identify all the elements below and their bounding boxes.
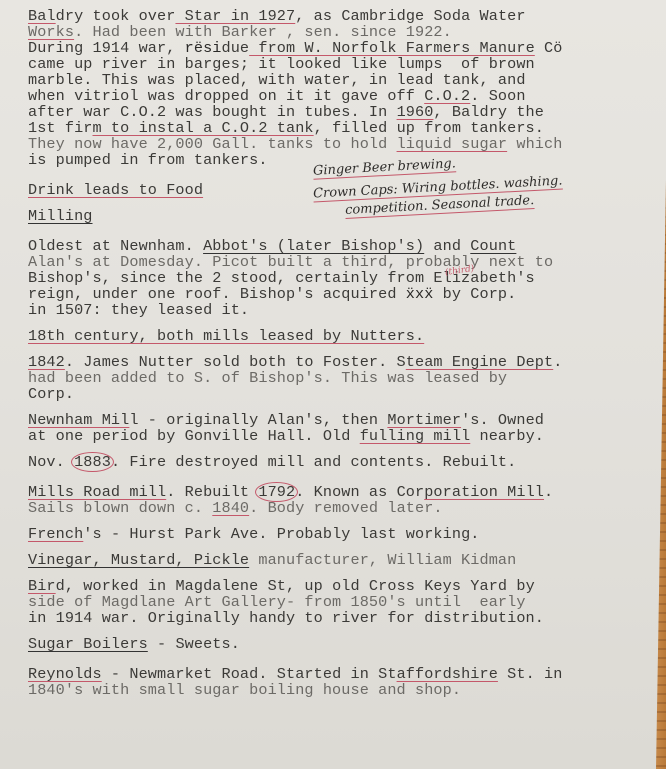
text-line: Reynolds - Newmarket Road. Started in St… [28,666,658,682]
text-line: after war C.O.2 was bought in tubes. In … [28,104,658,120]
text-line: Alan's at Domesday. Picot built a third,… [28,254,658,270]
text-line: Bishop's, since the 2 stood, certainly f… [28,270,658,286]
text-line: Mills Road mill. Rebuilt 1792. Known as … [28,484,658,500]
paragraph-baldry: Baldry took over Star in 1927, as Cambri… [28,8,658,168]
text-line: Sails blown down c. 1840. Body removed l… [28,500,658,516]
text-line: when vitriol was dropped on it it gave o… [28,88,658,104]
text-line: Newnham Mill - originally Alan's, then M… [28,412,658,428]
text-line: came up river in barges; it looked like … [28,56,658,72]
text-line: in 1507: they leased it. [28,302,658,318]
text-line: side of Magdlane Art Gallery- from 1850'… [28,594,658,610]
paragraph-vinegar: Vinegar, Mustard, Pickle manufacturer, W… [28,552,658,568]
text-line: reign, under one roof. Bishop's acquired… [28,286,658,302]
paragraph-newnham-mill: Newnham Mill - originally Alan's, then M… [28,412,658,444]
paragraph-milling: Oldest at Newnham. Abbot's (later Bishop… [28,238,658,318]
text-line: Corp. [28,386,658,402]
text-line: 1842. James Nutter sold both to Foster. … [28,354,658,370]
typed-document: Baldry took over Star in 1927, as Cambri… [28,8,658,698]
text-line: 1840's with small sugar boiling house an… [28,682,658,698]
paragraph-sugar-boilers: Sugar Boilers - Sweets. [28,636,658,652]
text-line: Baldry took over Star in 1927, as Cambri… [28,8,658,24]
text-line: marble. This was placed, with water, in … [28,72,658,88]
text-line: 1st firm to instal a C.O.2 tank, filled … [28,120,658,136]
text-line: at one period by Gonville Hall. Old full… [28,428,658,444]
paragraph-reynolds: Reynolds - Newmarket Road. Started in St… [28,666,658,698]
text-line: had been added to S. of Bishop's. This w… [28,370,658,386]
paragraph-bird: Bird, worked in Magdalene St, up old Cro… [28,578,658,626]
text-line: in 1914 war. Originally handy to river f… [28,610,658,626]
paragraph-frenchs: French's - Hurst Park Ave. Probably last… [28,526,658,542]
paragraph-18th-century: 18th century, both mills leased by Nutte… [28,328,658,344]
text-line: During 1914 war, rësidue from W. Norfolk… [28,40,658,56]
text-line: Works. Had been with Barker , sen. since… [28,24,658,40]
paragraph-mills-road: Mills Road mill. Rebuilt 1792. Known as … [28,484,658,516]
paragraph-1883-fire: Nov. 1883. Fire destroyed mill and conte… [28,454,658,470]
heading-milling: Milling [28,208,658,224]
text-line: They now have 2,000 Gall. tanks to hold … [28,136,658,152]
paragraph-1842: 1842. James Nutter sold both to Foster. … [28,354,658,402]
text-line: Bird, worked in Magdalene St, up old Cro… [28,578,658,594]
text-line: Oldest at Newnham. Abbot's (later Bishop… [28,238,658,254]
